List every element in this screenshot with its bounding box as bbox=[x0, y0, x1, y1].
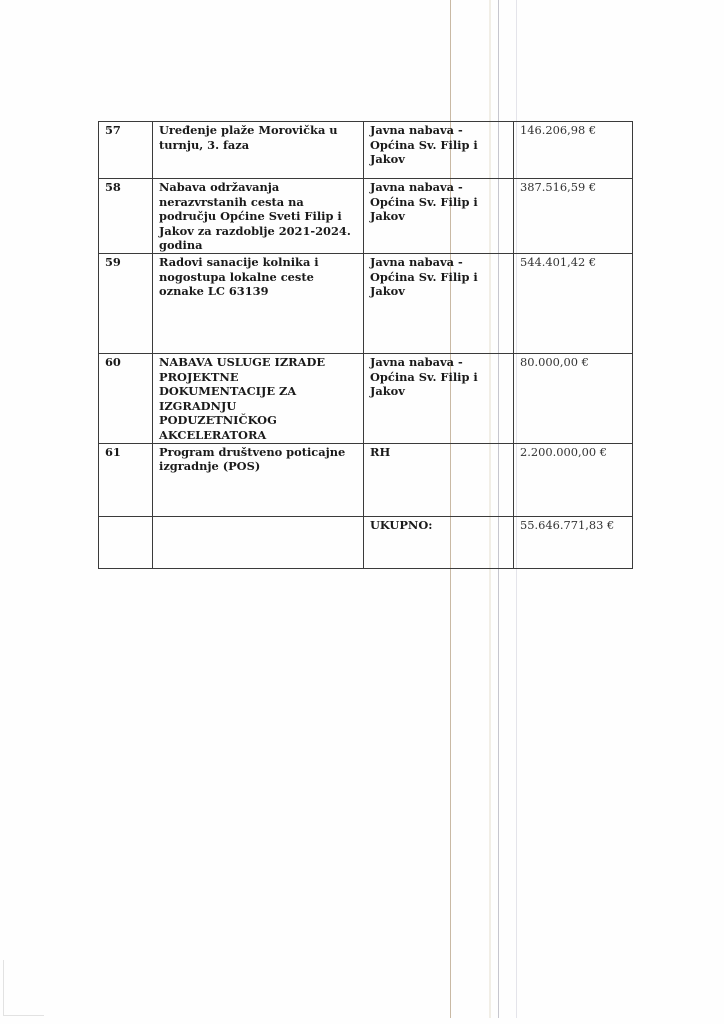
row-description: Program društveno poticajne izgradnje (P… bbox=[153, 443, 364, 516]
row-number: 58 bbox=[99, 179, 153, 254]
row-amount: 80.000,00 € bbox=[514, 353, 633, 443]
total-amount: 55.646.771,83 € bbox=[514, 516, 633, 568]
row-amount: 387.516,59 € bbox=[514, 179, 633, 254]
row-description: Uređenje plaže Morovička u turnju, 3. fa… bbox=[153, 122, 364, 179]
scanned-page: 57 Uređenje plaže Morovička u turnju, 3.… bbox=[0, 0, 724, 1024]
row-description: Radovi sanacije kolnika i nogostupa loka… bbox=[153, 253, 364, 353]
empty-cell bbox=[99, 516, 153, 568]
table-row: 57 Uređenje plaže Morovička u turnju, 3.… bbox=[99, 122, 633, 179]
row-number: 59 bbox=[99, 253, 153, 353]
row-description: NABAVA USLUGE IZRADE PROJEKTNE DOKUMENTA… bbox=[153, 353, 364, 443]
row-funding-source: Javna nabava - Općina Sv. Filip i Jakov bbox=[364, 253, 514, 353]
row-funding-source: RH bbox=[364, 443, 514, 516]
row-number: 60 bbox=[99, 353, 153, 443]
row-amount: 544.401,42 € bbox=[514, 253, 633, 353]
total-row: UKUPNO: 55.646.771,83 € bbox=[99, 516, 633, 568]
scan-corner-mark bbox=[3, 960, 44, 1016]
empty-cell bbox=[153, 516, 364, 568]
row-number: 61 bbox=[99, 443, 153, 516]
table-row: 58 Nabava održavanja nerazvrstanih cesta… bbox=[99, 179, 633, 254]
total-label: UKUPNO: bbox=[364, 516, 514, 568]
row-funding-source: Javna nabava - Općina Sv. Filip i Jakov bbox=[364, 122, 514, 179]
row-description: Nabava održavanja nerazvrstanih cesta na… bbox=[153, 179, 364, 254]
row-number: 57 bbox=[99, 122, 153, 179]
row-amount: 2.200.000,00 € bbox=[514, 443, 633, 516]
procurement-table: 57 Uređenje plaže Morovička u turnju, 3.… bbox=[98, 121, 633, 569]
row-amount: 146.206,98 € bbox=[514, 122, 633, 179]
row-funding-source: Javna nabava - Općina Sv. Filip i Jakov bbox=[364, 353, 514, 443]
table-row: 59 Radovi sanacije kolnika i nogostupa l… bbox=[99, 253, 633, 353]
table-row: 60 NABAVA USLUGE IZRADE PROJEKTNE DOKUME… bbox=[99, 353, 633, 443]
row-funding-source: Javna nabava - Općina Sv. Filip i Jakov bbox=[364, 179, 514, 254]
table-row: 61 Program društveno poticajne izgradnje… bbox=[99, 443, 633, 516]
